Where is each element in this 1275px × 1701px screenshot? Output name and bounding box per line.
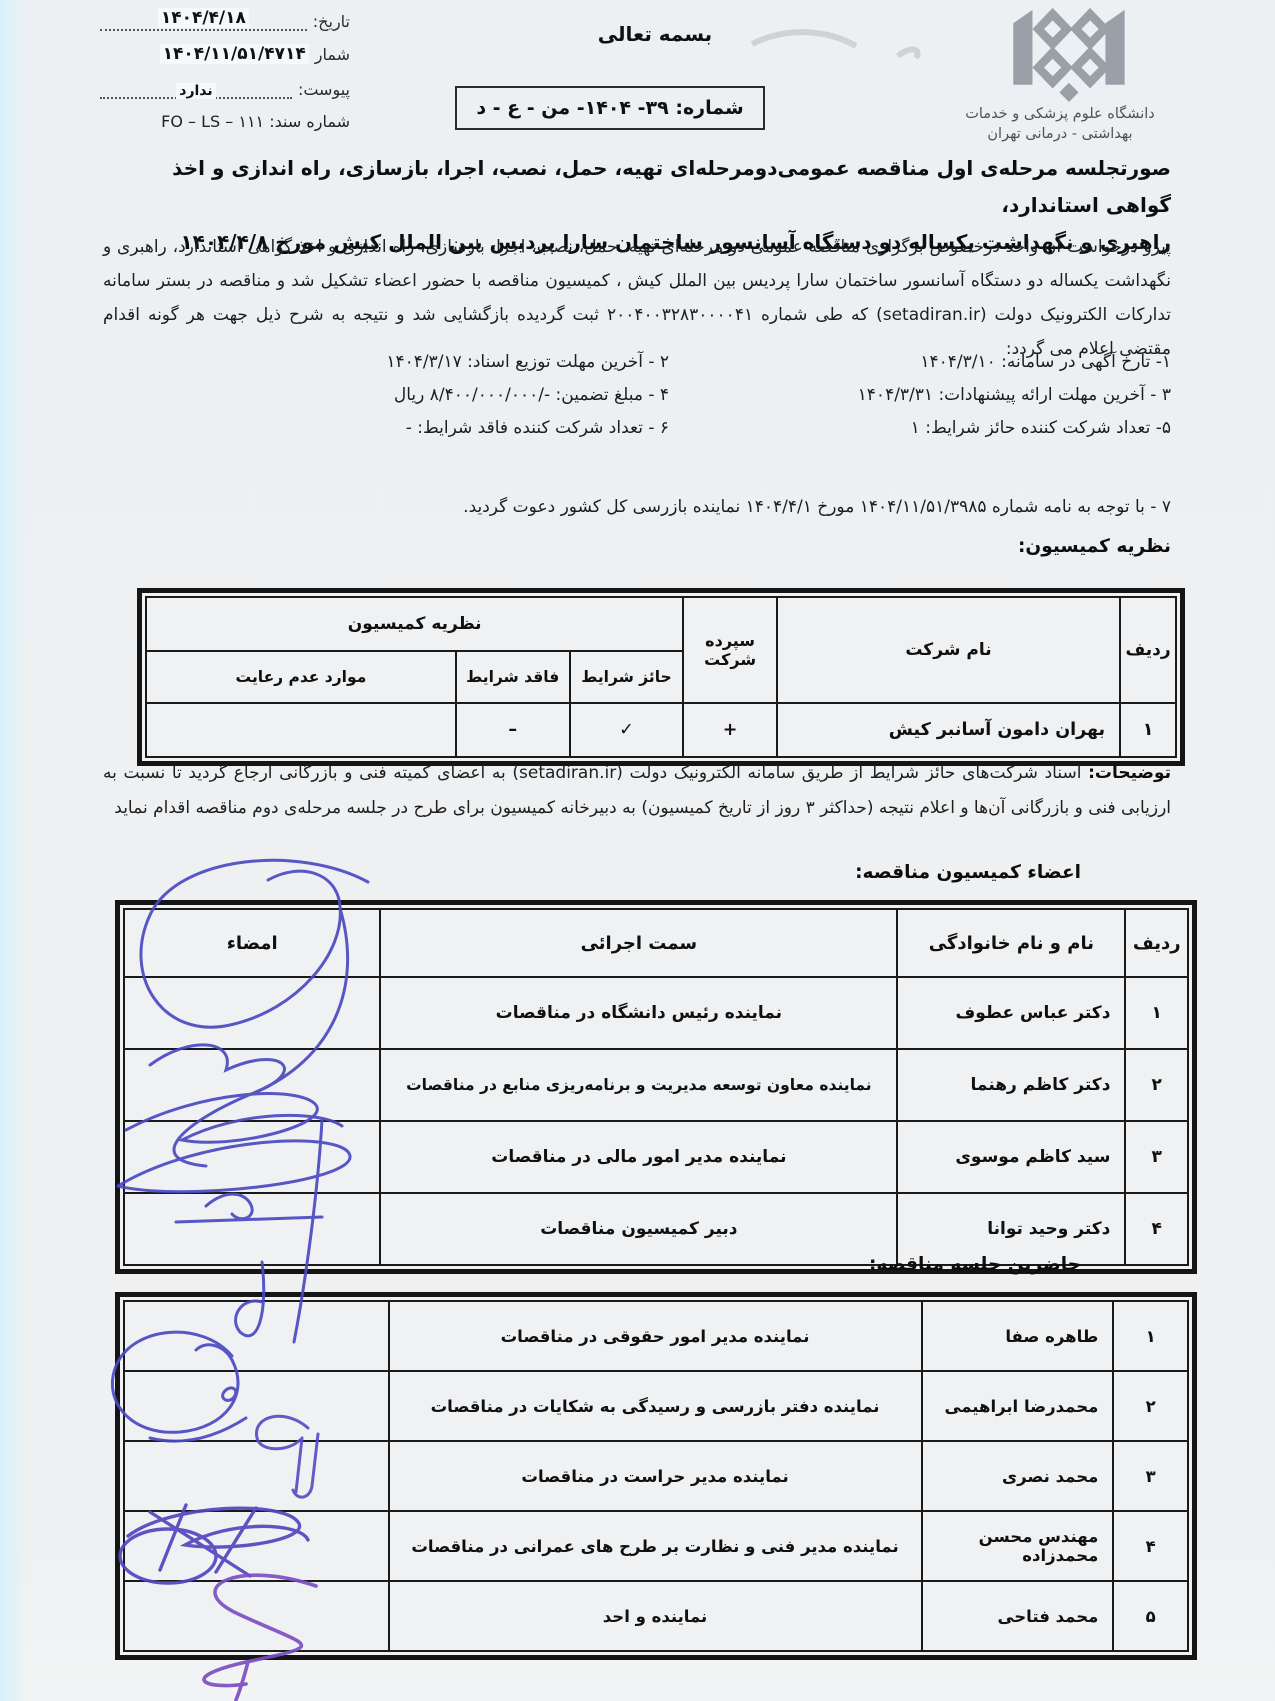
attendee-1-name: طاهره صفا	[922, 1301, 1114, 1371]
attendee-5-name: محمد فتاحی	[922, 1581, 1114, 1651]
doc-number-value: FO – LS – ۱۱۱	[161, 112, 264, 131]
scan-left-edge	[0, 0, 26, 1701]
fact-item-5: ۵- تعداد شرکت کننده حائز شرایط: ۱	[669, 418, 1171, 438]
member-row: ۲ دکتر کاظم رهنما نماینده معاون توسعه مد…	[124, 1049, 1188, 1121]
scanned-document-page: تاریخ: ۱۴۰۴/۴/۱۸ شمار ۱۴۰۴/۱۱/۵۱/۴۷۱۴ پی…	[0, 0, 1275, 1701]
document-title-line1: صورتجلسه مرحله‌ی اول مناقصه عمومی‌دومرحل…	[125, 150, 1171, 224]
col-header-radif: ردیف	[1120, 597, 1176, 703]
fact-item-7: ۷ - با توجه به نامه شماره ۱۴۰۴/۱۱/۵۱/۳۹۸…	[103, 497, 1171, 517]
attendee-2-no: ۲	[1113, 1371, 1188, 1441]
fact-item-3: ۳ - آخرین مهلت ارائه پیشنهادات: ۱۴۰۴/۳/۳…	[669, 385, 1171, 405]
organization-name-line2: بهداشتی - درمانی تهران	[930, 124, 1190, 144]
attendee-3-name: محمد نصری	[922, 1441, 1114, 1511]
members-heading: اعضاء کمیسیون مناقصه:	[103, 862, 1081, 883]
col-header-deposit: سپرده شرکت	[683, 597, 776, 703]
attendee-3-no: ۳	[1113, 1441, 1188, 1511]
col-header-qualified: حائز شرایط	[570, 651, 684, 703]
member-2-role: نماینده معاون توسعه مدیریت و برنامه‌ریزی…	[380, 1049, 897, 1121]
notes-text: اسناد شرکت‌های حائز شرایط از طریق سامانه…	[103, 763, 1171, 818]
members-table-grid: ردیف نام و نام خانوادگی سمت اجرائی امضاء…	[123, 908, 1189, 1266]
intro-paragraph: پیرو درخواست آن واحد درخصوص برگزاری مناق…	[103, 230, 1171, 366]
attendee-row: ۲ محمدرضا ابراهیمی نماینده دفتر بازرسی و…	[124, 1371, 1188, 1441]
attendee-3-role: نماینده مدیر حراست در مناقصات	[389, 1441, 922, 1511]
date-dotted-line: ۱۴۰۴/۴/۱۸	[100, 8, 307, 31]
member-3-name: سید کاظم موسوی	[897, 1121, 1125, 1193]
number-value: ۱۴۰۴/۱۱/۵۱/۴۷۱۴	[160, 44, 309, 64]
attendee-2-name: محمدرضا ابراهیمی	[922, 1371, 1114, 1441]
company-row-unqualified: –	[456, 703, 570, 757]
attendee-1-signature-cell	[124, 1301, 389, 1371]
attachment-dotted-line: ندارد	[100, 77, 292, 99]
attendee-row: ۱ طاهره صفا نماینده مدیر امور حقوقی در م…	[124, 1301, 1188, 1371]
members-table: ردیف نام و نام خانوادگی سمت اجرائی امضاء…	[115, 900, 1197, 1274]
fact-item-4: ۴ - مبلغ تضمین: -/۸/۴۰۰/۰۰۰/۰۰۰ ریال	[103, 385, 669, 405]
col-header-unqualified: فاقد شرایط	[456, 651, 570, 703]
member-row: ۱ دکتر عباس عطوف نماینده رئیس دانشگاه در…	[124, 977, 1188, 1049]
fact-item-2: ۲ - آخرین مهلت توزیع اسناد: ۱۴۰۴/۳/۱۷	[103, 352, 669, 372]
company-row: ۱ بهران دامون آسانبر کیش + ✓ –	[146, 703, 1176, 757]
col-header-noncompliance: موارد عدم رعایت	[146, 651, 456, 703]
notes-paragraph: توضیحات: اسناد شرکت‌های حائز شرایط از طر…	[103, 756, 1171, 826]
members-col-name: نام و نام خانوادگی	[897, 909, 1125, 977]
reference-number-box: شماره: ۳۹- ۱۴۰۴- من - ع - د	[455, 86, 765, 130]
attendees-heading: حاضرین جلسه مناقصه:	[103, 1254, 1081, 1275]
members-col-radif: ردیف	[1125, 909, 1188, 977]
attendee-4-no: ۴	[1113, 1511, 1188, 1581]
doc-number-label: شماره سند:	[269, 112, 350, 131]
attendees-table-grid: ۱ طاهره صفا نماینده مدیر امور حقوقی در م…	[123, 1300, 1189, 1652]
company-row-qualified: ✓	[570, 703, 684, 757]
university-logo-glyph	[1013, 8, 1124, 102]
company-row-name: بهران دامون آسانبر کیش	[777, 703, 1120, 757]
attendee-5-signature-cell	[124, 1581, 389, 1651]
attendee-1-no: ۱	[1113, 1301, 1188, 1371]
meta-number-line: شمار ۱۴۰۴/۱۱/۵۱/۴۷۱۴	[100, 44, 350, 64]
organization-name-line1: دانشگاه علوم پزشکی و خدمات	[930, 104, 1190, 124]
attachment-label: پیوست:	[298, 80, 350, 99]
university-logo	[1005, 6, 1131, 102]
company-row-deposit: +	[683, 703, 776, 757]
meta-date-line: تاریخ: ۱۴۰۴/۴/۱۸	[100, 8, 350, 31]
attendee-4-signature-cell	[124, 1511, 389, 1581]
attendee-2-role: نماینده دفتر بازرسی و رسیدگی به شکایات د…	[389, 1371, 922, 1441]
member-1-role: نماینده رئیس دانشگاه در مناقصات	[380, 977, 897, 1049]
member-1-name: دکتر عباس عطوف	[897, 977, 1125, 1049]
attendees-table: ۱ طاهره صفا نماینده مدیر امور حقوقی در م…	[115, 1292, 1197, 1660]
attendee-2-signature-cell	[124, 1371, 389, 1441]
member-2-no: ۲	[1125, 1049, 1188, 1121]
attendee-3-signature-cell	[124, 1441, 389, 1511]
commission-opinion-table: ردیف نام شرکت سپرده شرکت نظریه کمیسیون ح…	[137, 588, 1185, 766]
tender-facts-list: ۱- تارخ آگهی در سامانه: ۱۴۰۴/۳/۱۰ ۲ - آخ…	[103, 352, 1171, 438]
bismillah-text: بسمه تعالی	[520, 22, 790, 46]
attendee-1-role: نماینده مدیر امور حقوقی در مناقصات	[389, 1301, 922, 1371]
commission-opinion-table-grid: ردیف نام شرکت سپرده شرکت نظریه کمیسیون ح…	[145, 596, 1177, 758]
member-3-signature-cell	[124, 1121, 380, 1193]
col-header-company: نام شرکت	[777, 597, 1120, 703]
commission-opinion-heading: نظریه کمیسیون:	[103, 536, 1171, 557]
meta-attachment-line: پیوست: ندارد	[100, 77, 350, 99]
document-meta-block: تاریخ: ۱۴۰۴/۴/۱۸ شمار ۱۴۰۴/۱۱/۵۱/۴۷۱۴ پی…	[100, 8, 350, 131]
attendee-4-role: نماینده مدیر فنی و نظارت بر طرح های عمرا…	[389, 1511, 922, 1581]
member-row: ۳ سید کاظم موسوی نماینده مدیر امور مالی …	[124, 1121, 1188, 1193]
attendee-row: ۳ محمد نصری نماینده مدیر حراست در مناقصا…	[124, 1441, 1188, 1511]
member-2-name: دکتر کاظم رهنما	[897, 1049, 1125, 1121]
date-label: تاریخ:	[313, 12, 350, 31]
attendee-5-role: نماینده و احد	[389, 1581, 922, 1651]
notes-label: توضیحات:	[1088, 763, 1171, 783]
doc-number-line: شماره سند: FO – LS – ۱۱۱	[100, 112, 350, 131]
member-4-no: ۴	[1125, 1193, 1188, 1265]
attendee-row: ۴ مهندس محسن محمدزاده نماینده مدیر فنی و…	[124, 1511, 1188, 1581]
attendee-4-name: مهندس محسن محمدزاده	[922, 1511, 1114, 1581]
company-row-noncompliance	[146, 703, 456, 757]
attendee-row: ۵ محمد فتاحی نماینده و احد	[124, 1581, 1188, 1651]
member-1-no: ۱	[1125, 977, 1188, 1049]
member-1-signature-cell	[124, 977, 380, 1049]
company-row-radif: ۱	[1120, 703, 1176, 757]
attachment-value: ندارد	[176, 83, 215, 99]
organization-name: دانشگاه علوم پزشکی و خدمات بهداشتی - درم…	[930, 104, 1190, 144]
date-value: ۱۴۰۴/۴/۱۸	[158, 8, 249, 28]
member-3-role: نماینده مدیر امور مالی در مناقصات	[380, 1121, 897, 1193]
member-3-no: ۳	[1125, 1121, 1188, 1193]
fact-item-6: ۶ - تعداد شرکت کننده فاقد شرایط: -	[103, 418, 669, 438]
members-col-signature: امضاء	[124, 909, 380, 977]
attendee-5-no: ۵	[1113, 1581, 1188, 1651]
member-2-signature-cell	[124, 1049, 380, 1121]
col-header-opinion-group: نظریه کمیسیون	[146, 597, 683, 651]
number-label: شمار	[315, 45, 350, 64]
fact-item-1: ۱- تارخ آگهی در سامانه: ۱۴۰۴/۳/۱۰	[669, 352, 1171, 372]
members-col-role: سمت اجرائی	[380, 909, 897, 977]
